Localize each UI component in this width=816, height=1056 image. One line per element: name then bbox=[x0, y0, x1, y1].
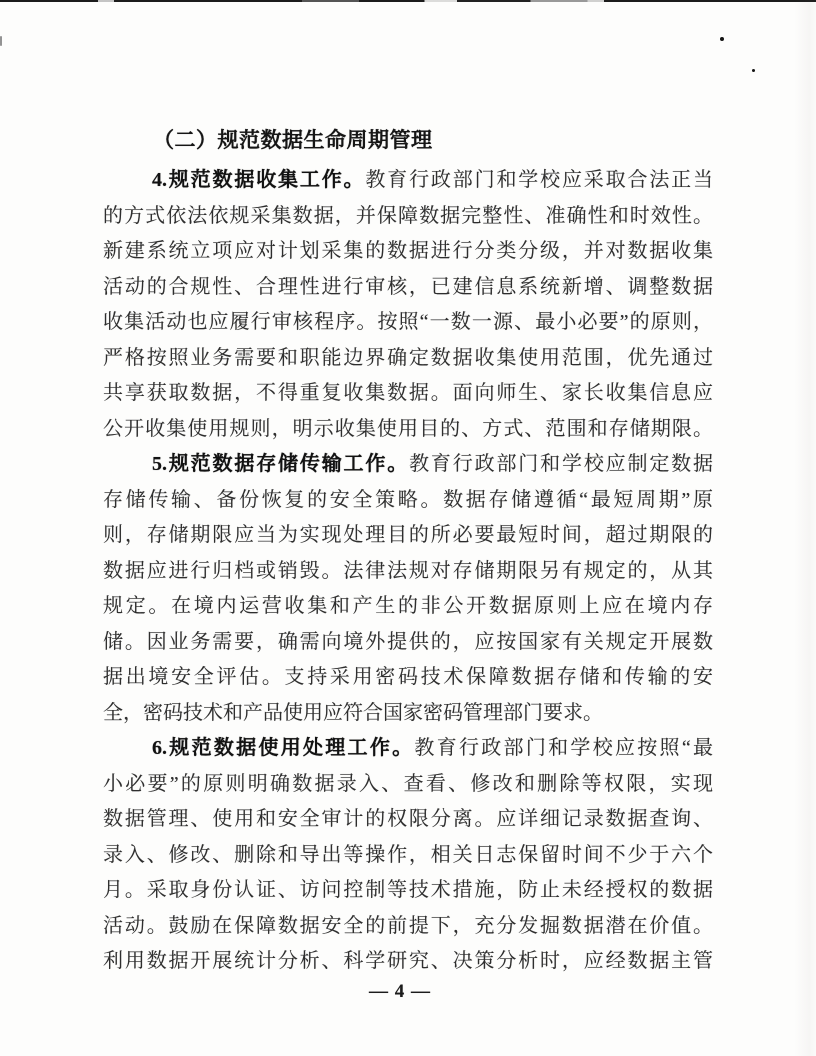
body-line: 全，密码技术和产品使用应符合国家密码管理部门要求。 bbox=[103, 696, 713, 732]
body-line: 则，存储期限应当为实现处理目的所必要最短时间，超过期限的 bbox=[103, 518, 713, 554]
body-line: 月。采取身份认证、访问控制等技术措施，防止未经授权的数据 bbox=[103, 873, 713, 909]
body-line: 数据应进行归档或销毁。法律法规对存储期限另有规定的，从其 bbox=[103, 554, 713, 590]
body-line: 4.规范数据收集工作。教育行政部门和学校应采取合法正当 bbox=[103, 163, 713, 199]
body-line: 5.规范数据存储传输工作。教育行政部门和学校应制定数据 bbox=[103, 447, 713, 483]
scan-edge-speck bbox=[0, 36, 2, 46]
page-number: — 4 — bbox=[0, 981, 800, 1003]
body-line: 录入、修改、删除和导出等操作，相关日志保留时间不少于六个 bbox=[103, 838, 713, 874]
body-line: 储。因业务需要，确需向境外提供的，应按国家有关规定开展数 bbox=[103, 625, 713, 661]
body-line: 的方式依法依规采集数据，并保障数据完整性、准确性和时效性。 bbox=[103, 199, 713, 235]
body-line: 共享获取数据，不得重复收集数据。面向师生、家长收集信息应 bbox=[103, 376, 713, 412]
body-line: 规定。在境内运营收集和产生的非公开数据原则上应在境内存 bbox=[103, 589, 713, 625]
scan-top-edge-artifact bbox=[0, 0, 816, 2]
ink-speck bbox=[752, 69, 755, 72]
body-line: 小必要”的原则明确数据录入、查看、修改和删除等权限，实现 bbox=[103, 767, 713, 803]
body-line: 收集活动也应履行审核程序。按照“一数一源、最小必要”的原则， bbox=[103, 305, 713, 341]
body-line: 公开收集使用规则，明示收集使用目的、方式、范围和存储期限。 bbox=[103, 412, 713, 448]
body-line: 利用数据开展统计分析、科学研究、决策分析时，应经数据主管 bbox=[103, 944, 713, 980]
ink-speck bbox=[720, 37, 724, 41]
body-line: 严格按照业务需要和职能边界确定数据收集使用范围，优先通过 bbox=[103, 341, 713, 377]
body-line: 数据管理、使用和安全审计的权限分离。应详细记录数据查询、 bbox=[103, 802, 713, 838]
body-line: 活动的合规性、合理性进行审核，已建信息系统新增、调整数据 bbox=[103, 270, 713, 306]
document-page: （二）规范数据生命周期管理 4.规范数据收集工作。教育行政部门和学校应采取合法正… bbox=[0, 0, 816, 1056]
paragraph-lead: 5.规范数据存储传输工作。 bbox=[152, 453, 409, 475]
body-line: 存储传输、备份恢复的安全策略。数据存储遵循“最短周期”原 bbox=[103, 483, 713, 519]
body-line: 据出境安全评估。支持采用密码技术保障数据存储和传输的安 bbox=[103, 660, 713, 696]
body-text: 4.规范数据收集工作。教育行政部门和学校应采取合法正当的方式依法依规采集数据，并… bbox=[103, 163, 713, 980]
section-heading: （二）规范数据生命周期管理 bbox=[103, 124, 763, 156]
body-line: 新建系统立项应对计划采集的数据进行分类分级，并对数据收集 bbox=[103, 234, 713, 270]
body-line: 活动。鼓励在保障数据安全的前提下，充分发掘数据潜在价值。 bbox=[103, 909, 713, 945]
body-line: 6.规范数据使用处理工作。教育行政部门和学校应按照“最 bbox=[103, 731, 713, 767]
paragraph-lead: 6.规范数据使用处理工作。 bbox=[152, 737, 414, 759]
paragraph-lead: 4.规范数据收集工作。 bbox=[152, 169, 365, 191]
